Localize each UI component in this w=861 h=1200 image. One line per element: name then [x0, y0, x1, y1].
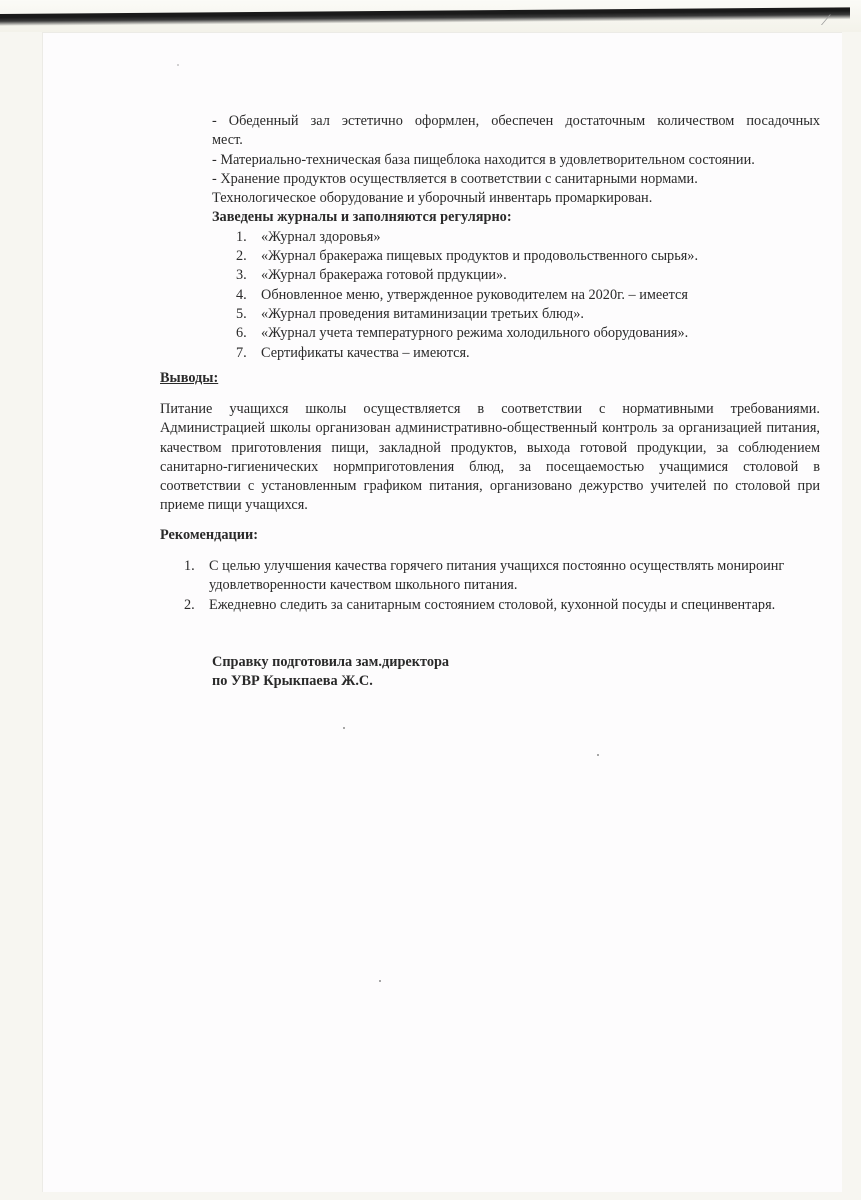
- journals-heading: Заведены журналы и заполняются регулярно…: [212, 208, 820, 227]
- item-text: «Журнал бракеража готовой прдукции».: [261, 267, 507, 283]
- recommendations-heading: Рекомендации:: [160, 526, 258, 545]
- observation-line: - Материально-техническая база пищеблока…: [212, 151, 820, 170]
- conclusions-heading: Выводы:: [160, 369, 218, 388]
- item-number: 1.: [184, 557, 195, 576]
- item-number: 3.: [236, 266, 247, 285]
- scan-speck: [177, 64, 179, 66]
- facility-observations: - Обеденный зал эстетично оформлен, обес…: [212, 112, 820, 363]
- observation-line: - Хранение продуктов осуществляется в со…: [212, 170, 820, 189]
- journal-item: 1.«Журнал здоровья»: [212, 228, 820, 247]
- item-text: Обновленное меню, утвержденное руководит…: [261, 287, 688, 303]
- journal-item: 4.Обновленное меню, утвержденное руковод…: [212, 286, 820, 305]
- signature-line: по УВР Крыкпаева Ж.С.: [212, 672, 449, 691]
- item-text: «Журнал бракеража пищевых продуктов и пр…: [261, 248, 698, 264]
- item-text: «Журнал проведения витаминизации третьих…: [261, 306, 584, 322]
- conclusions-section: Питание учащихся школы осуществляется в …: [160, 400, 820, 516]
- item-text: Сертификаты качества – имеются.: [261, 345, 470, 361]
- item-text: С целью улучшения качества горячего пита…: [209, 558, 784, 593]
- item-text: Ежедневно следить за санитарным состояни…: [209, 597, 775, 613]
- recommendation-item: 2.Ежедневно следить за санитарным состоя…: [160, 596, 800, 615]
- item-number: 5.: [236, 305, 247, 324]
- observation-line: Технологическое оборудование и уборочный…: [212, 189, 820, 208]
- item-number: 4.: [236, 286, 247, 305]
- journal-item: 7.Сертификаты качества – имеются.: [212, 344, 820, 363]
- scan-speck: [597, 754, 599, 756]
- signature-line: Справку подготовила зам.директора: [212, 653, 449, 672]
- observation-line: - Обеденный зал эстетично оформлен, обес…: [212, 112, 820, 131]
- journal-item: 6.«Журнал учета температурного режима хо…: [212, 324, 820, 343]
- recommendations-list: 1.С целью улучшения качества горячего пи…: [160, 557, 800, 615]
- item-number: 2.: [184, 596, 195, 615]
- recommendation-item: 1.С целью улучшения качества горячего пи…: [160, 557, 800, 596]
- journal-item: 3.«Журнал бракеража готовой прдукции».: [212, 266, 820, 285]
- item-text: «Журнал учета температурного режима холо…: [261, 325, 688, 341]
- journal-item: 5.«Журнал проведения витаминизации треть…: [212, 305, 820, 324]
- item-number: 1.: [236, 228, 247, 247]
- item-number: 7.: [236, 344, 247, 363]
- conclusions-paragraph: Питание учащихся школы осуществляется в …: [160, 400, 820, 516]
- item-text: «Журнал здоровья»: [261, 229, 381, 245]
- journal-item: 2.«Журнал бракеража пищевых продуктов и …: [212, 247, 820, 266]
- signature-block: Справку подготовила зам.директора по УВР…: [212, 653, 449, 692]
- item-number: 2.: [236, 247, 247, 266]
- observation-line: мест.: [212, 131, 820, 150]
- journals-list: 1.«Журнал здоровья» 2.«Журнал бракеража …: [212, 228, 820, 363]
- scan-corner-mark: ⟋: [821, 14, 839, 30]
- scan-speck: [379, 980, 381, 982]
- scan-speck: [343, 727, 345, 729]
- item-number: 6.: [236, 324, 247, 343]
